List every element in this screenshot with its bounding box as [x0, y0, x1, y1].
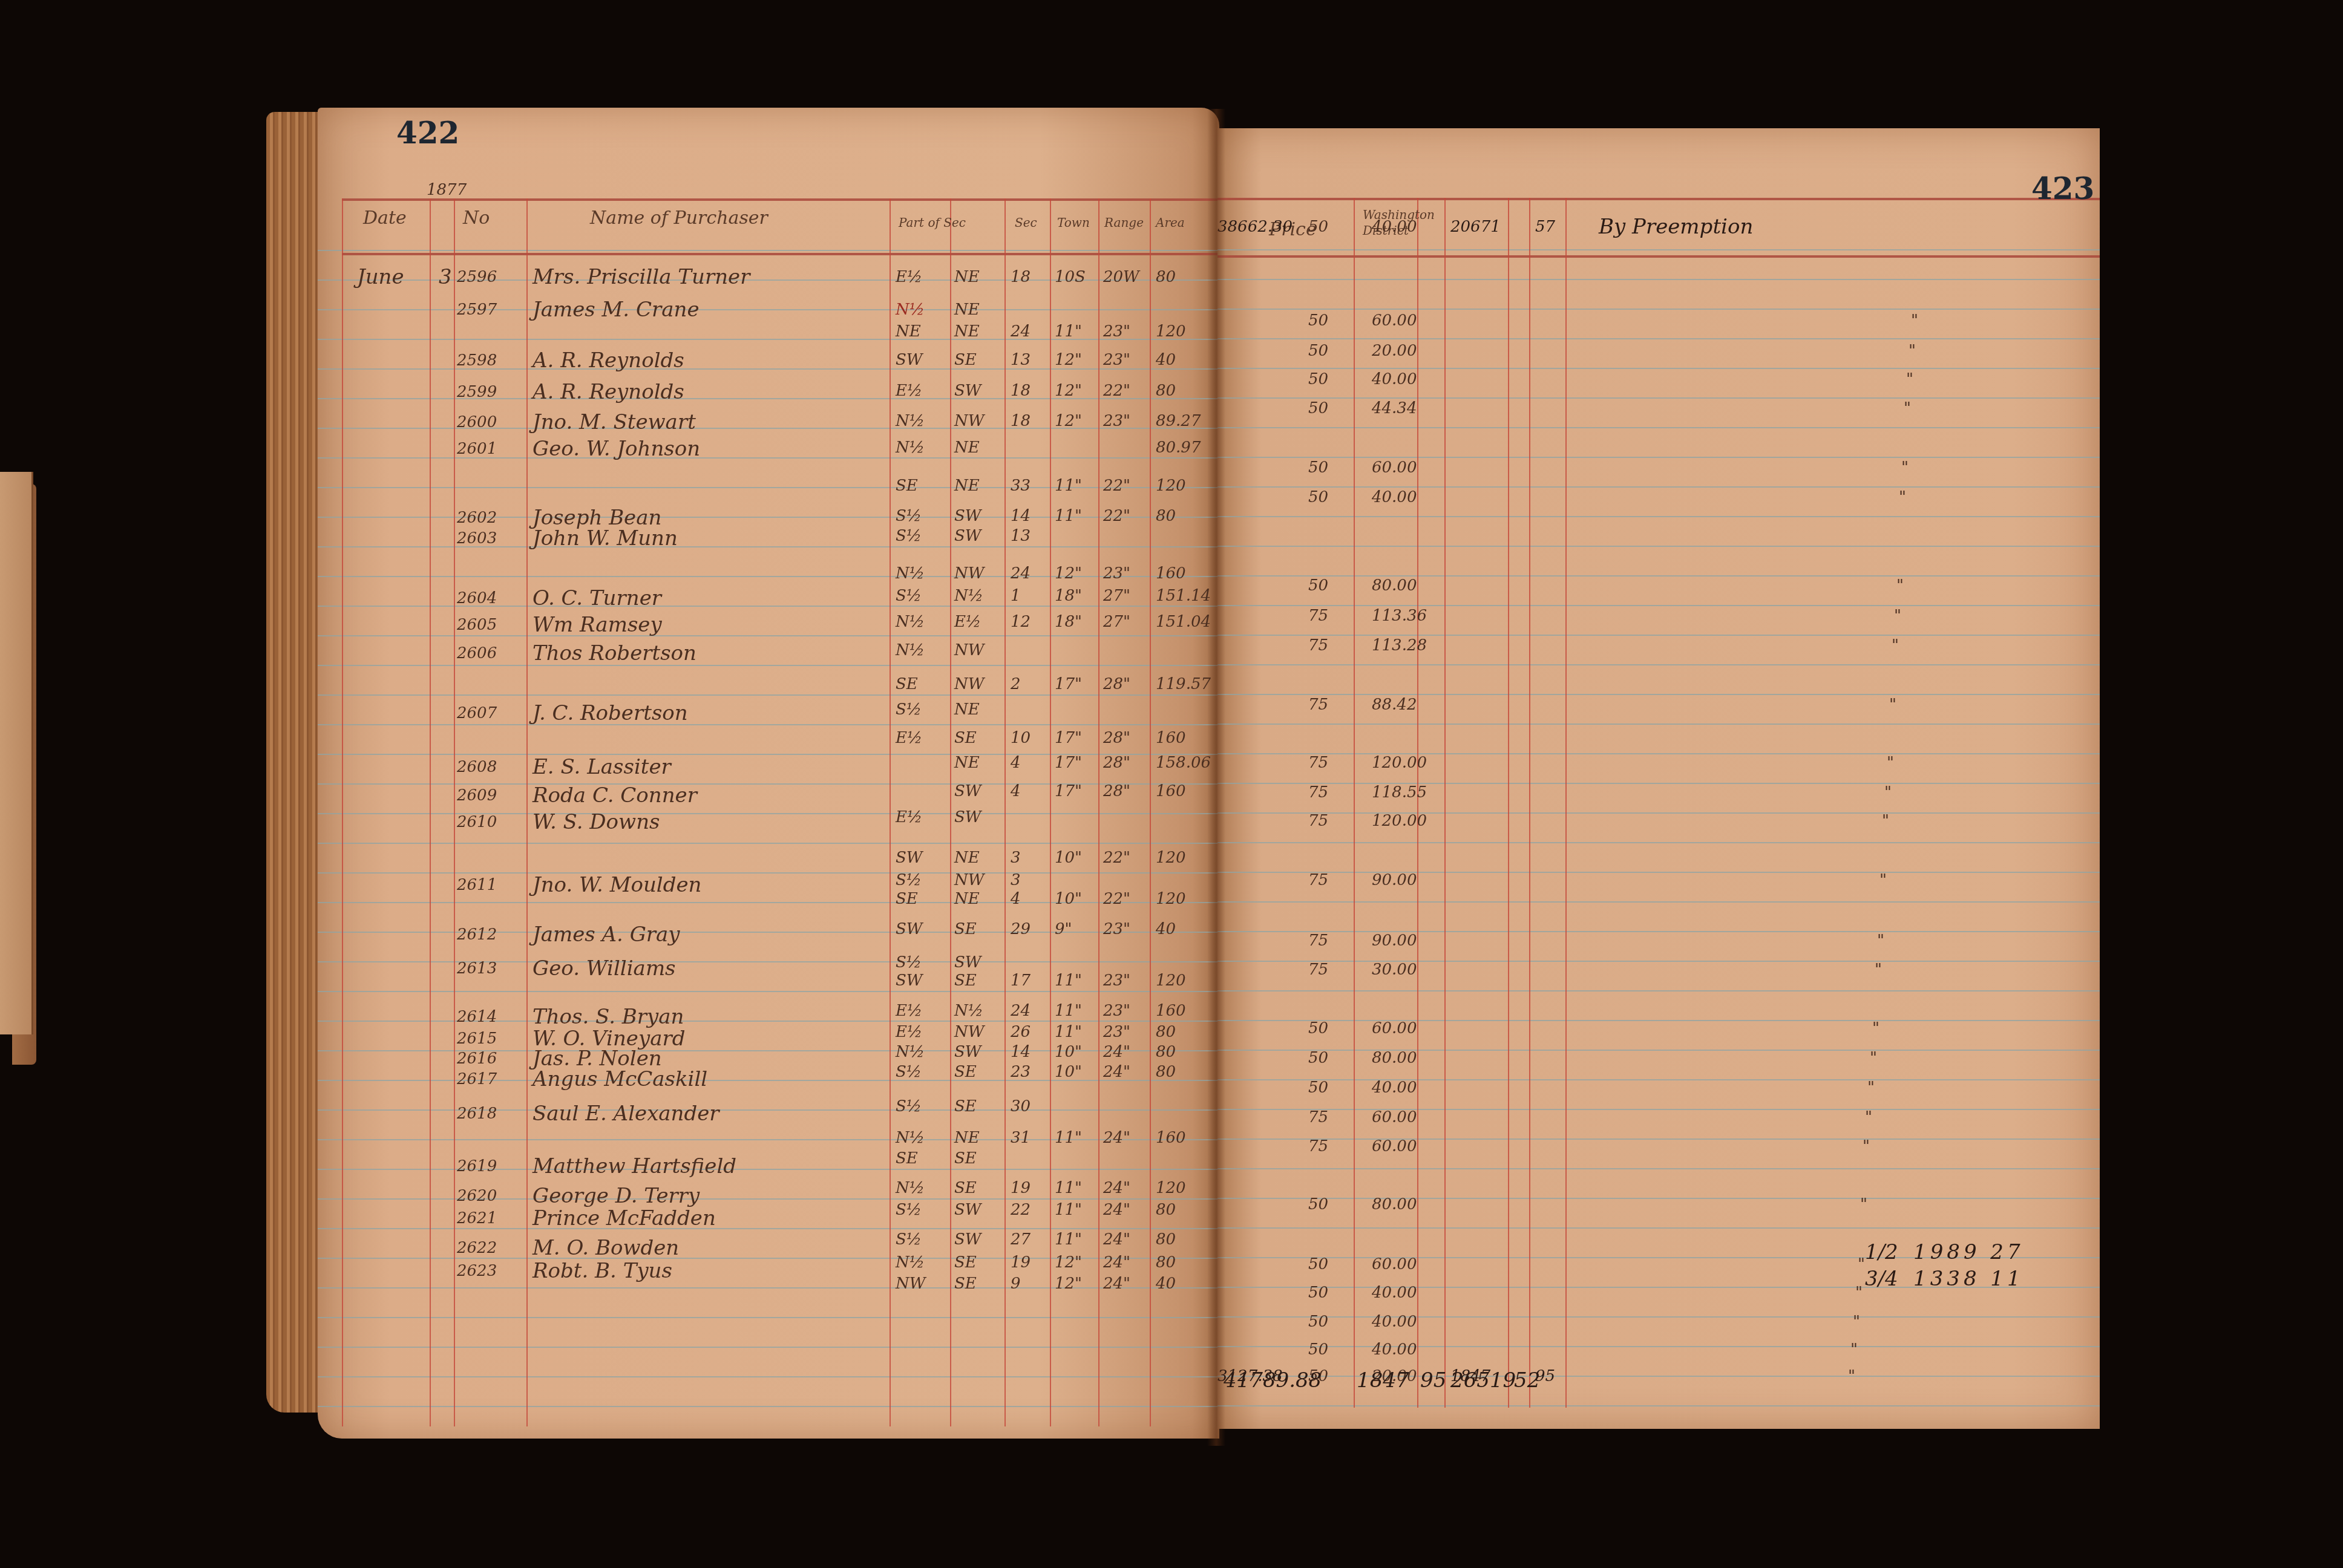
footer-district-cents: 95	[1420, 1370, 1446, 1391]
ruled-line	[1217, 309, 2100, 310]
col-header-town: Town	[1057, 212, 1090, 234]
section-number: 10	[1011, 727, 1031, 749]
purchaser-name: Joseph Bean	[532, 507, 661, 529]
part-of-section: N½	[896, 1041, 925, 1063]
part-of-section: S½	[896, 1229, 922, 1250]
entry-number: 2618	[457, 1103, 497, 1125]
remark: "	[1894, 605, 1901, 627]
area-acres: 119.57	[1156, 673, 1211, 695]
area-acres: 40	[1156, 918, 1176, 940]
section-number: 9	[1011, 1273, 1021, 1295]
section-quarter: NW	[954, 639, 984, 661]
section-quarter: SW	[954, 1199, 981, 1221]
entry-number: 2612	[457, 924, 497, 946]
price-per-acre: 50	[1308, 1077, 1328, 1099]
ruled-line	[318, 606, 1219, 607]
area-acres: 80	[1156, 505, 1176, 527]
township: 11"	[1055, 1199, 1082, 1221]
section-number: 24	[1011, 321, 1031, 342]
ruled-line	[318, 398, 1219, 399]
ruled-line	[318, 546, 1219, 547]
ruled-line	[318, 368, 1219, 370]
ruled-line	[318, 754, 1219, 755]
section-quarter: NE	[954, 299, 980, 321]
ruled-line	[1217, 1079, 2100, 1080]
amount-paid: 40.00	[1372, 216, 1417, 238]
column-rule	[1098, 198, 1099, 1426]
entry-number: 2598	[457, 350, 497, 371]
section-quarter: SE	[954, 918, 977, 940]
ruled-line	[318, 635, 1219, 636]
ruled-line	[1217, 249, 2100, 250]
price-per-acre: 75	[1308, 782, 1328, 803]
ruled-line	[318, 991, 1219, 992]
range: 24"	[1103, 1177, 1130, 1199]
price-per-acre: 75	[1308, 1106, 1328, 1128]
part-of-section: SE	[896, 888, 918, 910]
section-quarter: SW	[954, 780, 981, 802]
col-header-sec: Sec	[1015, 212, 1037, 234]
ledger-year: 1877	[427, 179, 467, 201]
remark: "	[1848, 1365, 1855, 1387]
section-quarter: NW	[954, 563, 984, 584]
ruled-line	[1217, 901, 2100, 903]
range: 23"	[1103, 918, 1130, 940]
amount-paid: 80.00	[1372, 575, 1417, 596]
ruled-line	[1217, 338, 2100, 339]
page-number-right: 423	[2031, 171, 2094, 206]
amount-paid: 80.00	[1372, 1047, 1417, 1069]
entry-number: 2604	[457, 587, 497, 609]
header-rule	[1217, 255, 2100, 258]
section-quarter: SE	[954, 1177, 977, 1199]
ruled-line	[1217, 1050, 2100, 1051]
section-quarter: NW	[954, 410, 984, 432]
entry-number: 2610	[457, 811, 497, 833]
amount-paid: 90.00	[1372, 930, 1417, 952]
ruled-line	[318, 309, 1219, 310]
purchaser-name: Geo. Williams	[532, 958, 676, 979]
area-acres: 80	[1156, 266, 1176, 288]
range: 28"	[1103, 752, 1130, 774]
area-acres: 120	[1156, 847, 1186, 869]
section-quarter: NE	[954, 437, 980, 459]
remark: "	[1887, 752, 1894, 774]
amount-paid: 60.00	[1372, 310, 1417, 332]
ruled-line	[1217, 872, 2100, 873]
area-acres: 120	[1156, 1177, 1186, 1199]
part-of-section: S½	[896, 525, 922, 547]
area-acres: 160	[1156, 780, 1186, 802]
part-of-section: NE	[896, 321, 921, 342]
area-acres: 151.04	[1156, 611, 1211, 633]
entry-number: 2607	[457, 702, 497, 724]
township: 11"	[1055, 1229, 1082, 1250]
section-number: 29	[1011, 918, 1031, 940]
section-number: 31	[1011, 1127, 1031, 1149]
ruled-line	[1217, 546, 2100, 547]
part-of-section: E½	[896, 1000, 922, 1022]
remark: "	[1860, 1194, 1867, 1215]
area-acres: 89.27	[1156, 410, 1201, 432]
section-quarter: SW	[954, 1229, 981, 1250]
area-acres: 80	[1156, 1021, 1176, 1043]
township: 11"	[1055, 1177, 1082, 1199]
township: 10"	[1055, 1061, 1082, 1083]
amount-paid: 88.42	[1372, 694, 1417, 716]
township: 12"	[1055, 1252, 1082, 1273]
purchaser-name: Roda C. Conner	[532, 785, 697, 806]
entry-number: 2617	[457, 1068, 497, 1090]
section-number: 27	[1011, 1229, 1031, 1250]
entry-number: 2606	[457, 642, 497, 664]
range: 20W	[1103, 266, 1139, 288]
range: 28"	[1103, 780, 1130, 802]
range: 23"	[1103, 1021, 1130, 1043]
section-number: 2	[1011, 673, 1021, 695]
amount-paid: 60.00	[1372, 457, 1417, 479]
section-quarter: NE	[954, 699, 980, 720]
header-rule	[342, 253, 1219, 255]
area-acres: 120	[1156, 475, 1186, 497]
price-per-acre: 50	[1308, 1339, 1328, 1361]
township: 12"	[1055, 380, 1082, 402]
column-rule	[342, 198, 343, 1426]
purchaser-name: George D. Terry	[532, 1185, 700, 1207]
footer-district-total: 1847	[1357, 1370, 1409, 1391]
range: 24"	[1103, 1127, 1130, 1149]
ruled-line	[1217, 368, 2100, 369]
section-number: 18	[1011, 266, 1031, 288]
range: 23"	[1103, 563, 1130, 584]
section-number: 4	[1011, 888, 1021, 910]
purchaser-name: Matthew Hartsfield	[532, 1155, 736, 1177]
area-acres: 120	[1156, 888, 1186, 910]
ruled-line	[1217, 397, 2100, 399]
range: 24"	[1103, 1273, 1130, 1295]
township: 12"	[1055, 563, 1082, 584]
township: 11"	[1055, 1127, 1082, 1149]
range: 22"	[1103, 380, 1130, 402]
amount-paid: 90.00	[1372, 869, 1417, 891]
entry-number: 2600	[457, 411, 497, 433]
entry-number: 2596	[457, 266, 497, 288]
amount-paid: 60.00	[1372, 1106, 1417, 1128]
remark: "	[1870, 1047, 1877, 1069]
township: 12"	[1055, 410, 1082, 432]
area-acres: 80	[1156, 1252, 1176, 1273]
amount-paid: 120.00	[1372, 810, 1427, 832]
price-per-acre: 50	[1308, 486, 1328, 508]
section-quarter: NE	[954, 752, 980, 774]
purchaser-name: A. R. Reynolds	[532, 350, 684, 371]
section-quarter: SE	[954, 1096, 977, 1117]
section-quarter: SE	[954, 970, 977, 991]
remark: "	[1906, 368, 1913, 390]
part-of-section: N½	[896, 1127, 925, 1149]
margin-note-fraction: 3/4	[1865, 1268, 1898, 1290]
township: 17"	[1055, 780, 1082, 802]
entry-number: 2622	[457, 1237, 497, 1259]
part-of-section: E½	[896, 1021, 922, 1043]
price-per-acre: 50	[1308, 368, 1328, 390]
footer-total: 26519	[1450, 1370, 1516, 1391]
price-per-acre: 75	[1308, 635, 1328, 656]
ruled-line	[1217, 1376, 2100, 1377]
part-of-section: SW	[896, 918, 923, 940]
page-number-left: 422	[396, 115, 459, 151]
remark: "	[1865, 1106, 1872, 1128]
section-quarter: SW	[954, 505, 981, 527]
ruled-line	[318, 902, 1219, 903]
price-per-acre: 50	[1308, 310, 1328, 332]
margin-note-fraction: 1/2	[1865, 1241, 1898, 1263]
remark: "	[1889, 694, 1896, 716]
township: 18"	[1055, 585, 1082, 607]
range: 22"	[1103, 505, 1130, 527]
ruled-line	[1217, 842, 2100, 843]
part-of-section: S½	[896, 1061, 922, 1083]
price-per-acre: 50	[1308, 457, 1328, 479]
ruled-line	[1217, 1227, 2100, 1229]
remark: "	[1867, 1077, 1875, 1099]
range: 23"	[1103, 1000, 1130, 1022]
amount-paid: 40.00	[1372, 1077, 1417, 1099]
range: 27"	[1103, 611, 1130, 633]
entry-number: 2597	[457, 299, 497, 321]
price-per-acre: 75	[1308, 752, 1328, 774]
township: 11"	[1055, 1000, 1082, 1022]
ledger-page-right: 423 Price Washington District 38662.3050…	[1217, 128, 2100, 1429]
section-quarter: SE	[954, 1148, 977, 1169]
section-quarter: SW	[954, 380, 981, 402]
section-number: 13	[1011, 525, 1031, 547]
remark: "	[1858, 1253, 1865, 1275]
part-of-section: SW	[896, 847, 923, 869]
price-per-acre: 75	[1308, 694, 1328, 716]
col-header-part: Part of Sec	[899, 212, 966, 234]
part-of-section: S½	[896, 1199, 922, 1221]
section-quarter: N½	[954, 1000, 983, 1022]
range: 22"	[1103, 847, 1130, 869]
book-gutter	[1207, 109, 1225, 1446]
column-rule	[1150, 198, 1151, 1426]
section-number: 18	[1011, 380, 1031, 402]
section-quarter: NW	[954, 1021, 984, 1043]
purchaser-name: O. C. Turner	[532, 587, 661, 609]
section-quarter: E½	[954, 611, 981, 633]
section-number: 14	[1011, 1041, 1031, 1063]
ruled-line	[1217, 1109, 2100, 1110]
purchaser-name: Mrs. Priscilla Turner	[532, 266, 750, 288]
purchaser-name: Jno. M. Stewart	[532, 411, 696, 433]
ruled-line	[1217, 961, 2100, 962]
remark: "	[1850, 1339, 1858, 1361]
range: 24"	[1103, 1252, 1130, 1273]
ruled-line	[1217, 1405, 2100, 1406]
township: 11"	[1055, 475, 1082, 497]
col-header-date: Date	[363, 207, 407, 229]
entry-month: June	[357, 266, 404, 288]
entry-number: 2602	[457, 507, 497, 529]
price-per-acre: 50	[1308, 397, 1328, 419]
entry-number: 2605	[457, 614, 497, 636]
purchaser-name: Jno. W. Moulden	[532, 874, 701, 896]
purchaser-name: Wm Ramsey	[532, 614, 662, 636]
remark: "	[1853, 1311, 1860, 1333]
ruled-line	[318, 1258, 1219, 1259]
amount-paid: 113.36	[1372, 605, 1427, 627]
section-number: 1	[1011, 585, 1021, 607]
remark: "	[1899, 486, 1906, 508]
purchaser-name: John W. Munn	[532, 528, 678, 549]
purchaser-name: Saul E. Alexander	[532, 1103, 719, 1125]
ruled-line	[318, 1198, 1219, 1200]
purchaser-name: Robt. B. Tyus	[532, 1260, 672, 1282]
purchaser-name: E. S. Lassiter	[532, 756, 671, 778]
column-rule	[430, 198, 431, 1426]
range: 28"	[1103, 727, 1130, 749]
section-number: 30	[1011, 1096, 1031, 1117]
area-acres: 160	[1156, 1000, 1186, 1022]
amount-paid: 40.00	[1372, 1282, 1417, 1304]
purchaser-name: Prince McFadden	[532, 1207, 716, 1229]
ruled-line	[1217, 1138, 2100, 1140]
remark: "	[1877, 930, 1884, 952]
ruled-line	[318, 1080, 1219, 1081]
area-acres: 80	[1156, 1041, 1176, 1063]
ruled-line	[318, 694, 1219, 696]
header-rule	[1217, 198, 2100, 200]
purchaser-name: M. O. Bowden	[532, 1237, 679, 1259]
column-rule	[526, 198, 528, 1426]
footer-total-cents: 52	[1514, 1370, 1540, 1391]
purchaser-name: W. S. Downs	[532, 811, 660, 833]
range: 24"	[1103, 1229, 1130, 1250]
range: 22"	[1103, 475, 1130, 497]
amount-paid: 40.00	[1372, 1311, 1417, 1333]
ledger-page-left: 422 1877 Date No Name of Purchaser Part …	[318, 108, 1219, 1439]
section-number: 13	[1011, 349, 1031, 371]
ruled-line	[318, 961, 1219, 962]
township: 10"	[1055, 1041, 1082, 1063]
part-of-section: S½	[896, 505, 922, 527]
township: 11"	[1055, 505, 1082, 527]
part-of-section: N½	[896, 611, 925, 633]
township: 12"	[1055, 1273, 1082, 1295]
entry-number: 2616	[457, 1048, 497, 1070]
col-header-no: No	[463, 207, 490, 229]
entry-number: 2601	[457, 438, 497, 460]
part-of-section: N½	[896, 437, 925, 459]
ruled-line	[318, 932, 1219, 933]
section-quarter: NE	[954, 321, 980, 342]
range: 24"	[1103, 1061, 1130, 1083]
area-acres: 120	[1156, 970, 1186, 991]
remark: "	[1863, 1135, 1870, 1157]
amount-paid: 60.00	[1372, 1135, 1417, 1157]
purchaser-name: A. R. Reynolds	[532, 381, 684, 403]
remark: "	[1904, 397, 1911, 419]
col-header-name: Name of Purchaser	[590, 207, 768, 229]
section-quarter: SW	[954, 525, 981, 547]
township: 9"	[1055, 918, 1072, 940]
part-of-section: S½	[896, 585, 922, 607]
ruled-line	[318, 1139, 1219, 1140]
range: 24"	[1103, 1041, 1130, 1063]
range: 23"	[1103, 321, 1130, 342]
township: 18"	[1055, 611, 1082, 633]
section-number: 33	[1011, 475, 1031, 497]
township: 10"	[1055, 888, 1082, 910]
header-rule	[342, 198, 1219, 201]
ruled-line	[318, 1287, 1219, 1289]
adjacent-book-page	[0, 472, 33, 1034]
column-rule	[1508, 198, 1509, 1408]
area-acres: 80.97	[1156, 437, 1201, 459]
part-of-section: NW	[896, 1273, 925, 1295]
amount-paid: 80.00	[1372, 1194, 1417, 1215]
margin-note-value: 1989 27	[1913, 1241, 2024, 1263]
ruled-line	[1217, 812, 2100, 814]
purchaser-name: Jas. P. Nolen	[532, 1048, 662, 1070]
price-per-acre: 75	[1308, 1135, 1328, 1157]
remark: "	[1875, 959, 1882, 981]
ruled-line	[318, 339, 1219, 340]
ruled-line	[318, 457, 1219, 459]
ruled-line	[318, 1050, 1219, 1051]
range: 23"	[1103, 349, 1130, 371]
part-of-section: S½	[896, 699, 922, 720]
area-acres: 151.14	[1156, 585, 1211, 607]
price-per-acre: 50	[1308, 1018, 1328, 1039]
part-of-section: N½	[896, 639, 925, 661]
price-per-acre: 75	[1308, 810, 1328, 832]
section-number: 24	[1011, 563, 1031, 584]
ruled-line	[318, 813, 1219, 814]
area-acres: 40	[1156, 349, 1176, 371]
remark: "	[1855, 1282, 1863, 1304]
ruled-line	[1217, 990, 2100, 991]
ruled-line	[1217, 1168, 2100, 1169]
ruled-line	[318, 517, 1219, 518]
ruled-line	[318, 665, 1219, 666]
township: 10"	[1055, 847, 1082, 869]
purchaser-name: Thos Robertson	[532, 642, 696, 664]
price-per-acre: 75	[1308, 930, 1328, 952]
area-acres: 160	[1156, 1127, 1186, 1149]
township: 10S	[1055, 266, 1086, 288]
ruled-line	[318, 1317, 1219, 1318]
section-number: 19	[1011, 1177, 1031, 1199]
part-of-section: N½	[896, 563, 925, 584]
ruled-line	[318, 1109, 1219, 1111]
part-of-section: SW	[896, 970, 923, 991]
entry-number: 2621	[457, 1207, 497, 1229]
section-quarter: SE	[954, 1061, 977, 1083]
area-acres: 120	[1156, 321, 1186, 342]
footer-grand-total: 41789.88	[1224, 1370, 1322, 1391]
entry-number: 2619	[457, 1155, 497, 1177]
area-acres: 80	[1156, 1199, 1176, 1221]
range: 23"	[1103, 970, 1130, 991]
section-quarter: NE	[954, 888, 980, 910]
section-number: 12	[1011, 611, 1031, 633]
range: 28"	[1103, 673, 1130, 695]
section-number: 4	[1011, 780, 1021, 802]
township: 17"	[1055, 752, 1082, 774]
part-of-section: N½	[896, 1252, 925, 1273]
